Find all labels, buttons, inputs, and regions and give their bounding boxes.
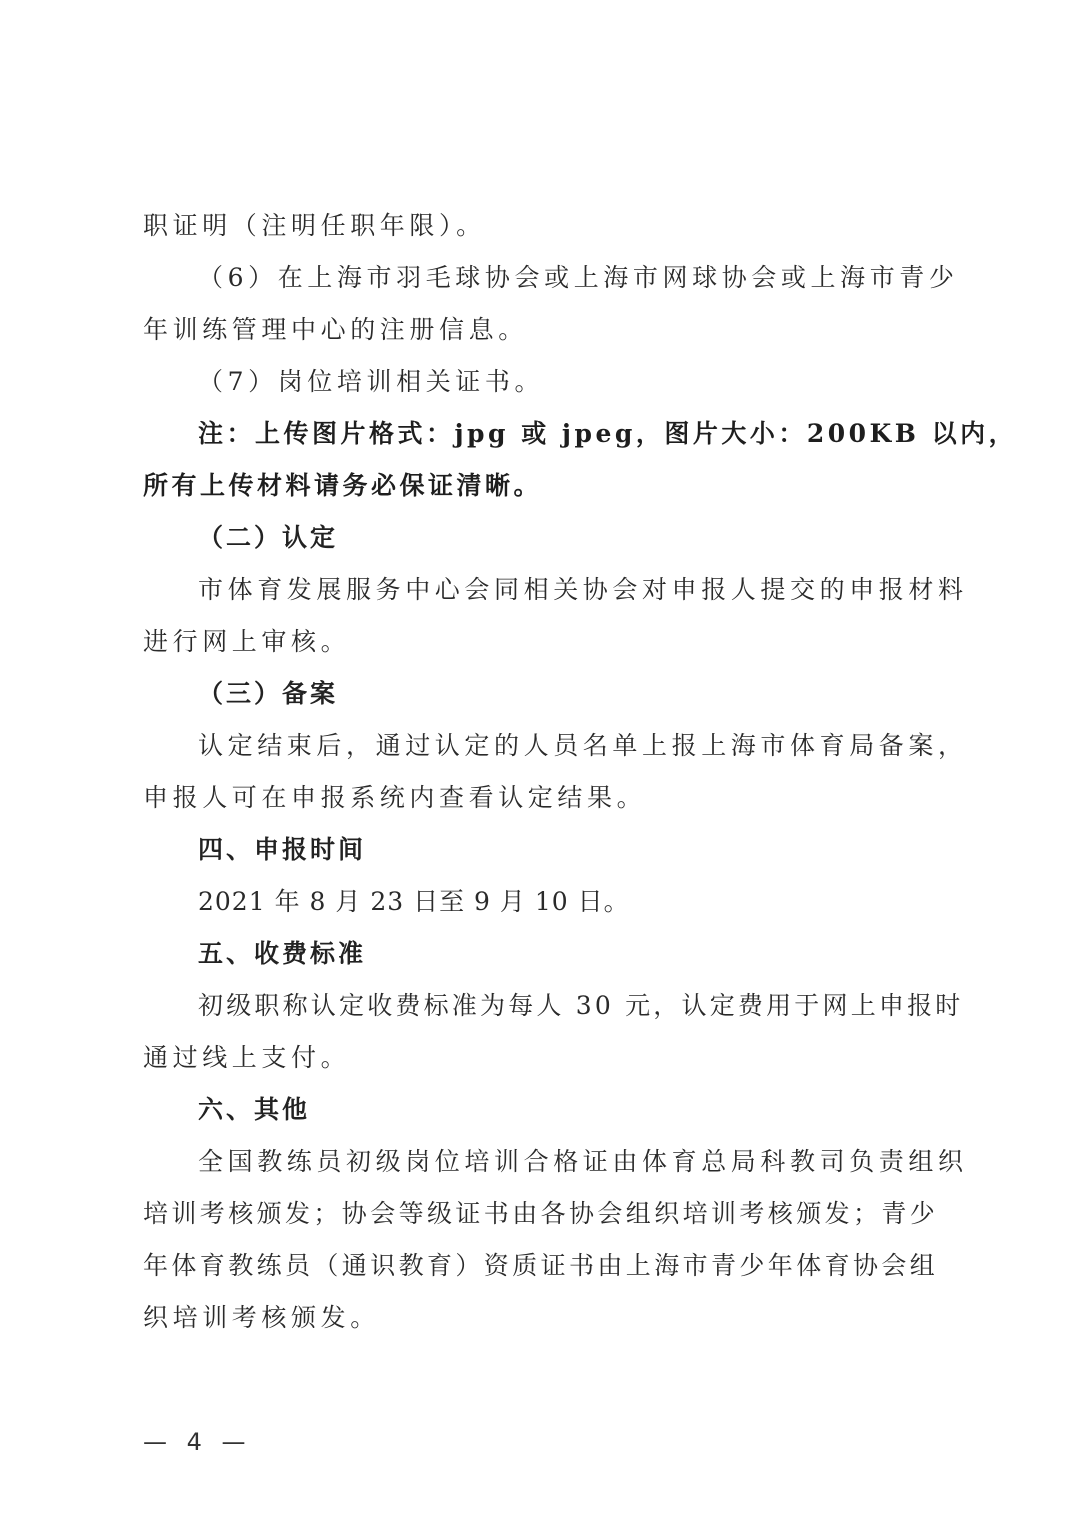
paragraph-line: 职证明（注明任职年限）。 [143,209,943,243]
paragraph-line: 年训练管理中心的注册信息。 [143,313,943,347]
section-heading-application-time: 四、申报时间 [198,833,998,867]
list-item-7: （7）岗位培训相关证书。 [198,365,998,399]
paragraph-line: 全国教练员初级岗位培训合格证由体育总局科教司负责组织 [198,1145,998,1179]
section-heading-other: 六、其他 [198,1093,998,1127]
paragraph-line: 年体育教练员（通识教育）资质证书由上海市青少年体育协会组 [143,1249,943,1283]
paragraph-line: 申报人可在申报系统内查看认定结果。 [143,781,943,815]
section-heading-filing: （三）备案 [198,677,998,711]
application-dates: 2021 年 8 月 23 日至 9 月 10 日。 [198,885,998,919]
page-number: — 4 — [143,1428,252,1456]
paragraph-line: 进行网上审核。 [143,625,943,659]
upload-note-continued: 所有上传材料请务必保证清晰。 [143,469,943,503]
paragraph-line: 通过线上支付。 [143,1041,943,1075]
fee-paragraph: 初级职称认定收费标准为每人 30 元，认定费用于网上申报时 [198,989,998,1023]
paragraph-line: 培训考核颁发；协会等级证书由各协会组织培训考核颁发；青少 [143,1197,943,1231]
list-item-6: （6）在上海市羽毛球协会或上海市网球协会或上海市青少 [198,261,998,295]
upload-note: 注：上传图片格式：jpg 或 jpeg，图片大小：200KB 以内， [198,417,998,451]
paragraph-line: 织培训考核颁发。 [143,1301,943,1335]
section-heading-fees: 五、收费标准 [198,937,998,971]
paragraph-line: 认定结束后，通过认定的人员名单上报上海市体育局备案， [198,729,998,763]
paragraph-line: 市体育发展服务中心会同相关协会对申报人提交的申报材料 [198,573,998,607]
section-heading-recognition: （二）认定 [198,521,998,555]
